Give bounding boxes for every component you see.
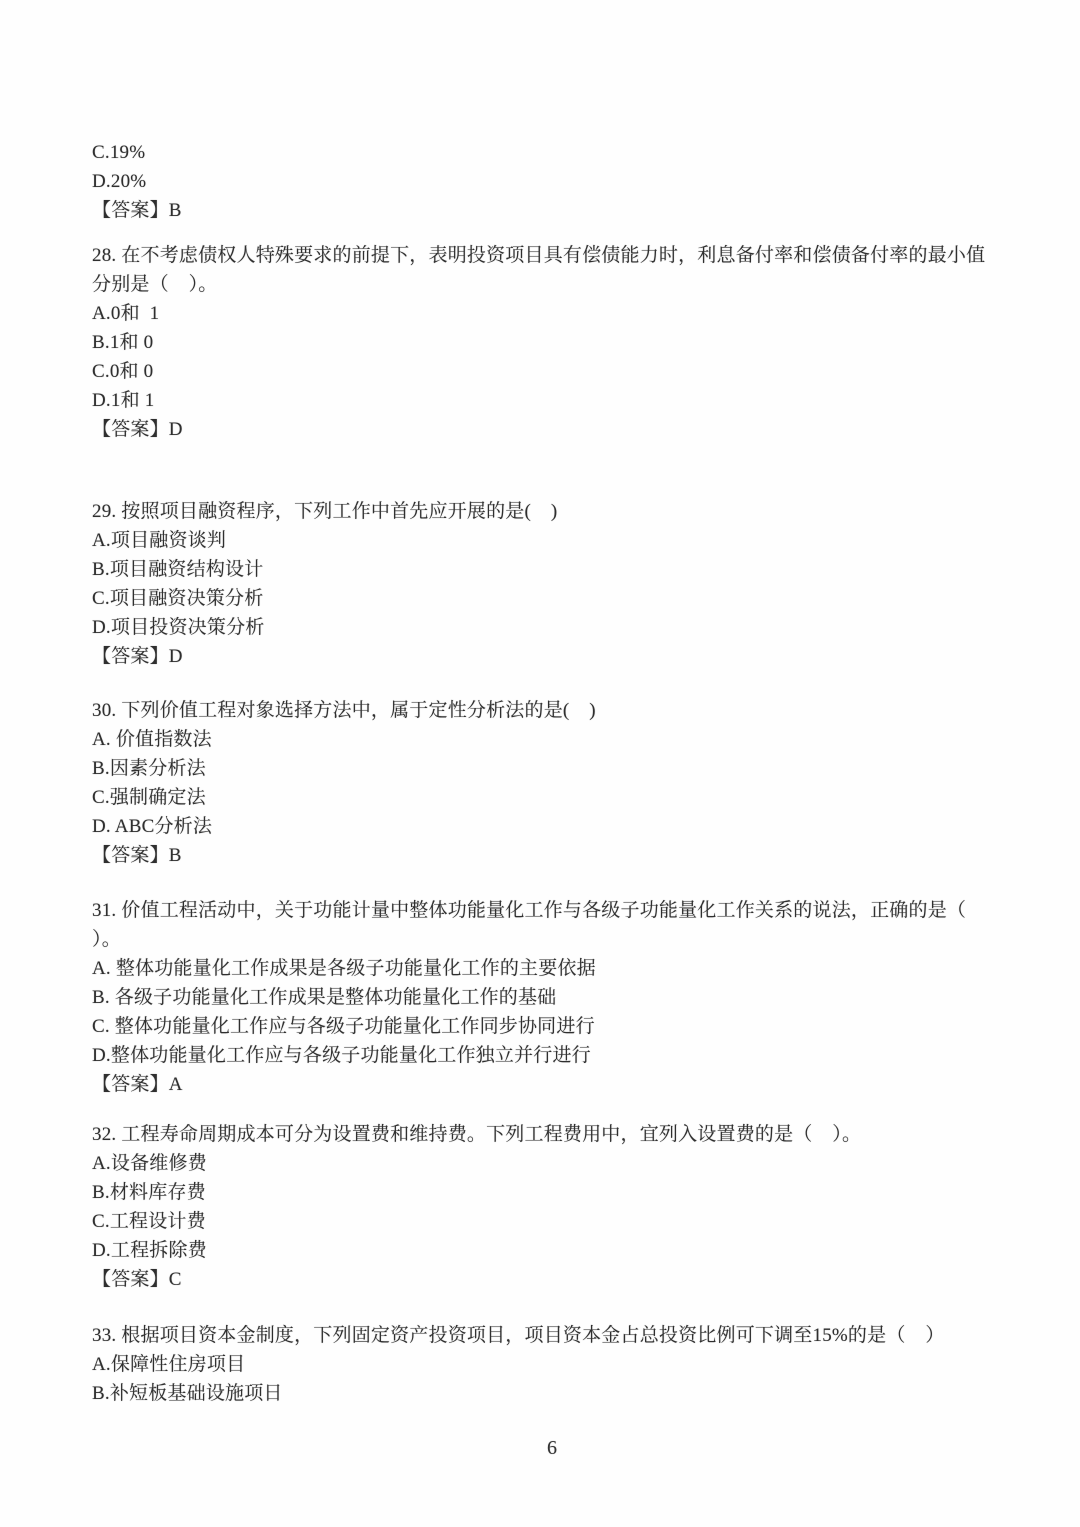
answer-line: 【答案】A	[92, 1070, 1012, 1099]
answer-line: 【答案】B	[92, 841, 1012, 870]
question-stem: 28. 在不考虑债权人特殊要求的前提下，表明投资项目具有偿债能力时，利息备付率和…	[92, 241, 1007, 299]
answer-line: 【答案】B	[92, 196, 1012, 225]
question-option: A. 整体功能量化工作成果是各级子功能量化工作的主要依据	[92, 954, 1012, 983]
page-footer: 6	[92, 1434, 1012, 1463]
question-option: C.工程设计费	[92, 1207, 1012, 1236]
question-option: C.强制确定法	[92, 783, 1012, 812]
question-option: D.工程拆除费	[92, 1236, 1012, 1265]
question-stem: 31. 价值工程活动中，关于功能计量中整体功能量化工作与各级子功能量化工作关系的…	[92, 896, 1007, 954]
question-option: C.项目融资决策分析	[92, 584, 1012, 613]
question-option: A.保障性住房项目	[92, 1350, 1012, 1379]
answer-line: 【答案】D	[92, 415, 1012, 444]
question-27-continuation: C.19% D.20% 【答案】B	[92, 138, 1012, 225]
question-option: A. 价值指数法	[92, 725, 1012, 754]
question-32: 32. 工程寿命周期成本可分为设置费和维持费。下列工程费用中，宜列入设置费的是（…	[92, 1120, 1012, 1294]
answer-line: 【答案】C	[92, 1265, 1012, 1294]
question-option: D.项目投资决策分析	[92, 613, 1012, 642]
question-option: B.项目融资结构设计	[92, 555, 1012, 584]
question-33: 33. 根据项目资本金制度，下列固定资产投资项目，项目资本金占总投资比例可下调至…	[92, 1321, 1012, 1408]
exam-document-page: C.19% D.20% 【答案】B 28. 在不考虑债权人特殊要求的前提下，表明…	[0, 0, 1080, 1527]
question-option: A.设备维修费	[92, 1149, 1012, 1178]
question-stem: 33. 根据项目资本金制度，下列固定资产投资项目，项目资本金占总投资比例可下调至…	[92, 1321, 1007, 1350]
question-option: D.20%	[92, 167, 1012, 196]
question-29: 29. 按照项目融资程序，下列工作中首先应开展的是( ) A.项目融资谈判 B.…	[92, 497, 1012, 671]
question-30: 30. 下列价值工程对象选择方法中，属于定性分析法的是( ) A. 价值指数法 …	[92, 696, 1012, 870]
question-option: B.因素分析法	[92, 754, 1012, 783]
question-option: D.整体功能量化工作应与各级子功能量化工作独立并行进行	[92, 1041, 1012, 1070]
question-stem: 32. 工程寿命周期成本可分为设置费和维持费。下列工程费用中，宜列入设置费的是（…	[92, 1120, 1007, 1149]
question-option: B.1和 0	[92, 328, 1012, 357]
page-number: 6	[547, 1434, 557, 1463]
answer-line: 【答案】D	[92, 642, 1012, 671]
question-stem: 30. 下列价值工程对象选择方法中，属于定性分析法的是( )	[92, 696, 1007, 725]
question-option: C.0和 0	[92, 357, 1012, 386]
question-option: B.补短板基础设施项日	[92, 1379, 1012, 1408]
question-31: 31. 价值工程活动中，关于功能计量中整体功能量化工作与各级子功能量化工作关系的…	[92, 896, 1012, 1099]
question-option: B.材料库存费	[92, 1178, 1012, 1207]
question-option: C.19%	[92, 138, 1012, 167]
question-option: D. ABC分析法	[92, 812, 1012, 841]
question-option: A.项目融资谈判	[92, 526, 1012, 555]
question-option: A.0和 1	[92, 299, 1012, 328]
question-option: D.1和 1	[92, 386, 1012, 415]
question-stem: 29. 按照项目融资程序，下列工作中首先应开展的是( )	[92, 497, 1007, 526]
question-28: 28. 在不考虑债权人特殊要求的前提下，表明投资项目具有偿债能力时，利息备付率和…	[92, 241, 1012, 444]
question-option: C. 整体功能量化工作应与各级子功能量化工作同步协同进行	[92, 1012, 1012, 1041]
question-option: B. 各级子功能量化工作成果是整体功能量化工作的基础	[92, 983, 1012, 1012]
